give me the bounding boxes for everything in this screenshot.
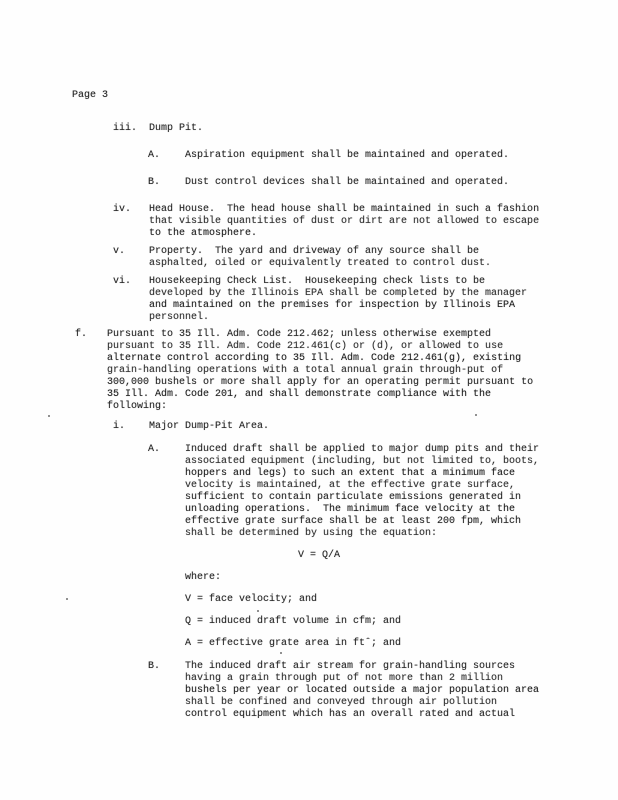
item-text: Induced draft shall be applied to major … [185,444,539,540]
text-line: grain-handling operations with a total a… [107,365,533,377]
item-text: Dump Pit. [149,123,203,135]
text-line: where: [185,572,221,584]
item-label: v. [113,246,125,258]
text-line: Aspiration equipment shall be maintained… [185,150,509,162]
text-line: V = Q/A [298,550,340,562]
text-line: pursuant to 35 Ill. Adm. Code 212.461(c)… [107,341,533,353]
item-label: vi. [113,276,131,288]
text-line: that visible quantities of dust or dirt … [149,216,539,228]
text-line: sufficient to contain particulate emissi… [185,492,539,504]
scan-speck [48,415,50,417]
text-line: The induced draft air stream for grain-h… [185,661,539,673]
item-label: f. [75,329,87,341]
text-line: Property. The yard and driveway of any s… [149,246,491,258]
text-line: Pursuant to 35 Ill. Adm. Code 212.462; u… [107,329,533,341]
item-text: Major Dump-Pit Area. [149,421,269,433]
text-line: asphalted, oiled or equivalently treated… [149,258,491,270]
text-line: 35 Ill. Adm. Code 201, and shall demonst… [107,389,533,401]
text-line: alternate control according to 35 Ill. A… [107,353,533,365]
item-label: B. [148,661,160,673]
scanned-document-page: Page 3 iii.Dump Pit.A.Aspiration equipme… [0,0,618,800]
text-line: associated equipment (including, but not… [185,456,539,468]
scan-speck [280,652,282,654]
text-line: unloading operations. The minimum face v… [185,504,539,516]
text-line: and maintained on the premises for inspe… [149,300,527,312]
text-line: velocity is maintained, at the effective… [185,480,539,492]
text-line: having a grain through put of not more t… [185,673,539,685]
item-text: V = Q/A [298,550,340,562]
item-label: iii. [113,123,137,135]
item-text: Property. The yard and driveway of any s… [149,246,491,270]
text-line: shall be confined and conveyed through a… [185,697,539,709]
text-line: Induced draft shall be applied to major … [185,444,539,456]
text-line: personnel. [149,312,527,324]
text-line: Major Dump-Pit Area. [149,421,269,433]
text-line: Housekeeping Check List. Housekeeping ch… [149,276,527,288]
text-line: to the atmosphere. [149,228,539,240]
text-line: hoppers and legs) to such an extent that… [185,468,539,480]
text-line: effective grate surface shall be at leas… [185,516,539,528]
scan-speck [475,414,477,416]
item-label: A. [148,444,160,456]
page-number: Page 3 [72,90,108,102]
item-text: A = effective grate area in ftˆ; and [185,638,401,650]
item-text: Housekeeping Check List. Housekeeping ch… [149,276,527,324]
scan-speck [66,598,68,600]
text-line: Q = induced draft volume in cfm; and [185,616,401,628]
item-text: The induced draft air stream for grain-h… [185,661,539,721]
item-label: B. [148,177,160,189]
item-label: A. [148,150,160,162]
text-line: developed by the Illinois EPA shall be c… [149,288,527,300]
text-line: 300,000 bushels or more shall apply for … [107,377,533,389]
text-line: A = effective grate area in ftˆ; and [185,638,401,650]
item-text: Dust control devices shall be maintained… [185,177,509,189]
item-label: i. [113,421,125,433]
text-line: Head House. The head house shall be main… [149,204,539,216]
item-text: Aspiration equipment shall be maintained… [185,150,509,162]
item-label: iv. [113,204,131,216]
text-line: bushels per year or located outside a ma… [185,685,539,697]
item-text: where: [185,572,221,584]
text-line: shall be determined by using the equatio… [185,528,539,540]
scan-speck [257,610,259,612]
text-line: control equipment which has an overall r… [185,709,539,721]
item-text: Head House. The head house shall be main… [149,204,539,240]
text-line: following: [107,401,533,413]
text-line: Dump Pit. [149,123,203,135]
text-line: Dust control devices shall be maintained… [185,177,509,189]
text-line: V = face velocity; and [185,594,317,606]
item-text: Pursuant to 35 Ill. Adm. Code 212.462; u… [107,329,533,413]
item-text: V = face velocity; and [185,594,317,606]
item-text: Q = induced draft volume in cfm; and [185,616,401,628]
